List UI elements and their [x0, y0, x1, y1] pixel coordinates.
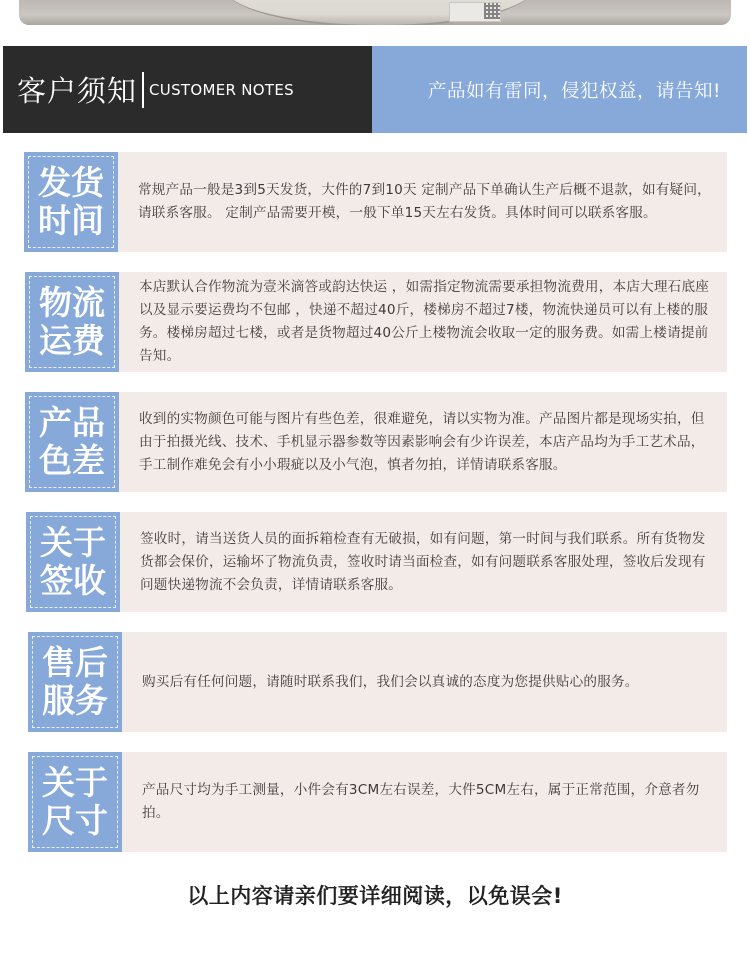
notice-badge-label: 售后 服务 [28, 632, 122, 732]
notice-body: 签收时，请当送货人员的面拆箱检查有无破损，如有问题，第一时间与我们联系。所有货物… [120, 512, 727, 612]
notice-badge-label: 关于 尺寸 [28, 752, 122, 852]
notice-badge-label: 关于 签收 [26, 512, 120, 612]
customer-notes-header: 客户须知 CUSTOMER NOTES 产品如有雷同，侵犯权益，请告知! [3, 46, 747, 133]
notice-body: 收到的实物颜色可能与图片有些色差，很难避免，请以实物为准。产品图片都是现场实拍，… [119, 392, 727, 492]
notice-body: 本店默认合作物流为壹米滴答或韵达快运 ，如需指定物流需要承担物流费用，本店大理石… [119, 272, 727, 372]
notice-badge-label: 物流 运费 [25, 272, 119, 372]
notice-badge: 物流 运费 [25, 272, 119, 372]
notice-text: 签收时，请当送货人员的面拆箱检查有无破损，如有问题，第一时间与我们联系。所有货物… [140, 528, 715, 597]
copyright-notice: 产品如有雷同，侵犯权益，请告知! [372, 46, 747, 133]
notice-body: 常规产品一般是3到5天发货，大件的7到10天 定制产品下单确认生产后概不退款，如… [118, 152, 727, 252]
notice-text: 产品尺寸均为手工测量，小件会有3CM左右误差，大件5CM左右，属于正常范围，介意… [142, 779, 715, 825]
notice-text: 购买后有任何问题，请随时联系我们，我们会以真诚的态度为您提供贴心的服务。 [142, 671, 639, 694]
notice-body: 购买后有任何问题，请随时联系我们，我们会以真诚的态度为您提供贴心的服务。 [122, 632, 727, 732]
header-title: 客户须知 [17, 69, 137, 110]
notice-color-difference: 产品 色差 收到的实物颜色可能与图片有些色差，很难避免，请以实物为准。产品图片都… [25, 392, 727, 492]
notice-badge-label: 发货 时间 [24, 152, 118, 252]
header-subtitle: CUSTOMER NOTES [149, 81, 294, 99]
product-photo-bottom-edge [19, 0, 731, 25]
notice-badge-label: 产品 色差 [25, 392, 119, 492]
notice-badge: 发货 时间 [24, 152, 118, 252]
footer-reminder: 以上内容请亲们要详细阅读，以免误会! [0, 880, 750, 910]
notice-text: 收到的实物颜色可能与图片有些色差，很难避免，请以实物为准。产品图片都是现场实拍，… [139, 408, 715, 477]
notice-text: 常规产品一般是3到5天发货，大件的7到10天 定制产品下单确认生产后概不退款，如… [138, 179, 715, 225]
notice-badge: 售后 服务 [28, 632, 122, 732]
notice-dimensions: 关于 尺寸 产品尺寸均为手工测量，小件会有3CM左右误差，大件5CM左右，属于正… [28, 752, 727, 852]
notice-body: 产品尺寸均为手工测量，小件会有3CM左右误差，大件5CM左右，属于正常范围，介意… [122, 752, 727, 852]
notice-badge: 关于 尺寸 [28, 752, 122, 852]
notice-logistics-fee: 物流 运费 本店默认合作物流为壹米滴答或韵达快运 ，如需指定物流需要承担物流费用… [25, 272, 727, 372]
notice-shipping-time: 发货 时间 常规产品一般是3到5天发货，大件的7到10天 定制产品下单确认生产后… [24, 152, 727, 252]
header-divider [142, 72, 144, 108]
notice-text: 本店默认合作物流为壹米滴答或韵达快运 ，如需指定物流需要承担物流费用，本店大理石… [139, 276, 715, 368]
qr-code-icon [484, 3, 500, 19]
notice-badge: 关于 签收 [26, 512, 120, 612]
notice-after-sales: 售后 服务 购买后有任何问题，请随时联系我们，我们会以真诚的态度为您提供贴心的服… [28, 632, 727, 732]
notice-receipt: 关于 签收 签收时，请当送货人员的面拆箱检查有无破损，如有问题，第一时间与我们联… [26, 512, 727, 612]
notice-badge: 产品 色差 [25, 392, 119, 492]
header-title-block: 客户须知 CUSTOMER NOTES [3, 46, 372, 133]
